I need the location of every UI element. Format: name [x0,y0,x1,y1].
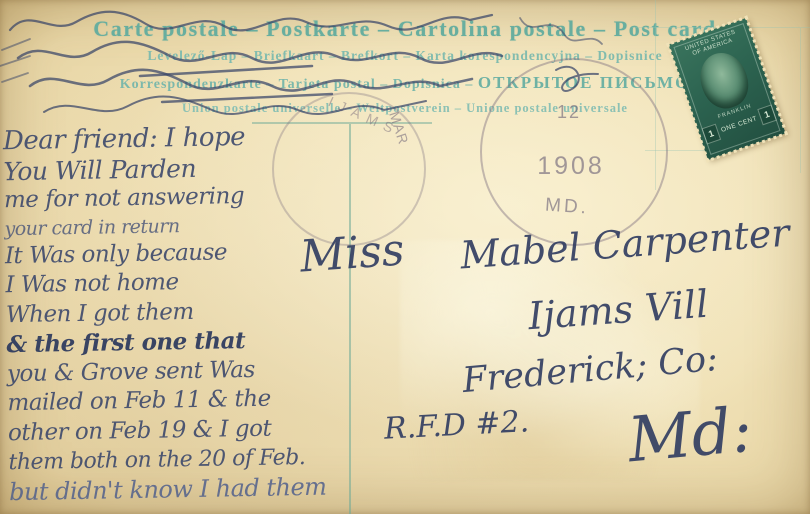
postmark-day: 12 [482,102,656,123]
address-rfd-route: R.F.D #2. [383,404,530,447]
address-state: Md: [625,393,755,477]
message-line: but didn't know I had them [9,471,377,507]
postmark-right-circle: 12 1908 MD. [480,58,668,246]
address-recipient-prefix: Miss [298,224,406,282]
postmark-year: 1908 [482,152,660,181]
faint-rule-right-of-stamp [800,28,801,173]
address-town: Ijams Vill [527,282,710,338]
address-county: Frederick; Co: [461,339,720,401]
postmark-state: MD. [481,190,652,224]
message-block: Dear friend: I hope You Will Parden me f… [3,121,378,507]
postcard-scan: Carte postale – Postkarte – Cartolina po… [0,0,810,514]
header-line-3-latin: Korrespondenzkarte – Tarjeta postal – Do… [120,77,478,92]
